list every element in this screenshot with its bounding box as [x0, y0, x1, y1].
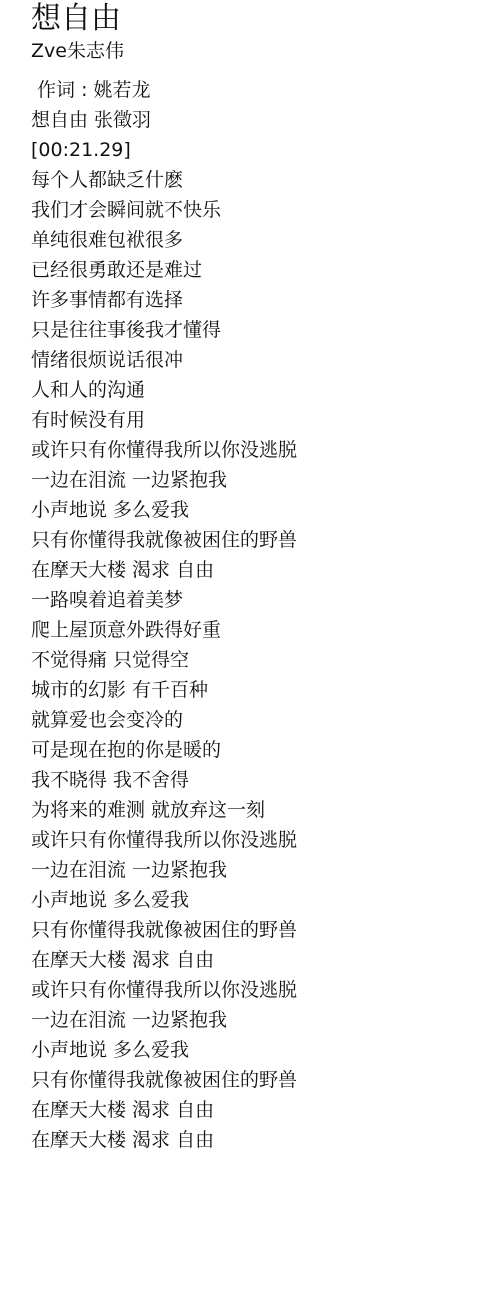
- lyric-line: 许多事情都有选择: [31, 285, 297, 315]
- lyric-line: 一路嗅着追着美梦: [31, 585, 297, 615]
- song-artist: Zve朱志伟: [31, 37, 297, 65]
- lyric-line: 或许只有你懂得我所以你没逃脱: [31, 975, 297, 1005]
- lyric-line: 我不晓得 我不舍得: [31, 765, 297, 795]
- lyric-line: 爬上屋顶意外跌得好重: [31, 615, 297, 645]
- lyric-line: 单纯很难包袱很多: [31, 225, 297, 255]
- lyric-line: 小声地说 多么爱我: [31, 495, 297, 525]
- lyric-line: 想自由 张徵羽: [31, 105, 297, 135]
- lyric-line: 小声地说 多么爱我: [31, 1035, 297, 1065]
- lyric-line: 在摩天大楼 渴求 自由: [31, 555, 297, 585]
- lyric-line: 不觉得痛 只觉得空: [31, 645, 297, 675]
- lyric-line: 在摩天大楼 渴求 自由: [31, 1125, 297, 1155]
- lyric-line: 有时候没有用: [31, 405, 297, 435]
- lyric-line: 可是现在抱的你是暖的: [31, 735, 297, 765]
- lyric-line: 在摩天大楼 渴求 自由: [31, 945, 297, 975]
- lyric-line: 我们才会瞬间就不快乐: [31, 195, 297, 225]
- lyrics-body: 作词 : 姚若龙想自由 张徵羽[00:21.29]每个人都缺乏什麽我们才会瞬间就…: [31, 75, 297, 1155]
- lyric-line: 已经很勇敢还是难过: [31, 255, 297, 285]
- song-title: 想自由: [31, 0, 297, 38]
- lyric-line: 或许只有你懂得我所以你没逃脱: [31, 435, 297, 465]
- lyric-line: 只有你懂得我就像被困住的野兽: [31, 1065, 297, 1095]
- lyric-line: 小声地说 多么爱我: [31, 885, 297, 915]
- lyric-line: 只有你懂得我就像被困住的野兽: [31, 525, 297, 555]
- lyric-line: [00:21.29]: [31, 135, 297, 165]
- lyric-line: 只有你懂得我就像被困住的野兽: [31, 915, 297, 945]
- lyric-line: 就算爱也会变冷的: [31, 705, 297, 735]
- lyric-line: 一边在泪流 一边紧抱我: [31, 465, 297, 495]
- lyric-line: 情绪很烦说话很冲: [31, 345, 297, 375]
- lyric-line: 人和人的沟通: [31, 375, 297, 405]
- lyric-line: 一边在泪流 一边紧抱我: [31, 855, 297, 885]
- lyric-line: 每个人都缺乏什麽: [31, 165, 297, 195]
- lyric-line: 只是往往事後我才懂得: [31, 315, 297, 345]
- lyric-line: 城市的幻影 有千百种: [31, 675, 297, 705]
- lyrics-page: 想自由 Zve朱志伟 作词 : 姚若龙想自由 张徵羽[00:21.29]每个人都…: [31, 0, 297, 1155]
- lyric-line: 在摩天大楼 渴求 自由: [31, 1095, 297, 1125]
- lyric-line: 作词 : 姚若龙: [31, 75, 297, 105]
- lyric-line: 一边在泪流 一边紧抱我: [31, 1005, 297, 1035]
- lyric-line: 或许只有你懂得我所以你没逃脱: [31, 825, 297, 855]
- lyric-line: 为将来的难测 就放弃这一刻: [31, 795, 297, 825]
